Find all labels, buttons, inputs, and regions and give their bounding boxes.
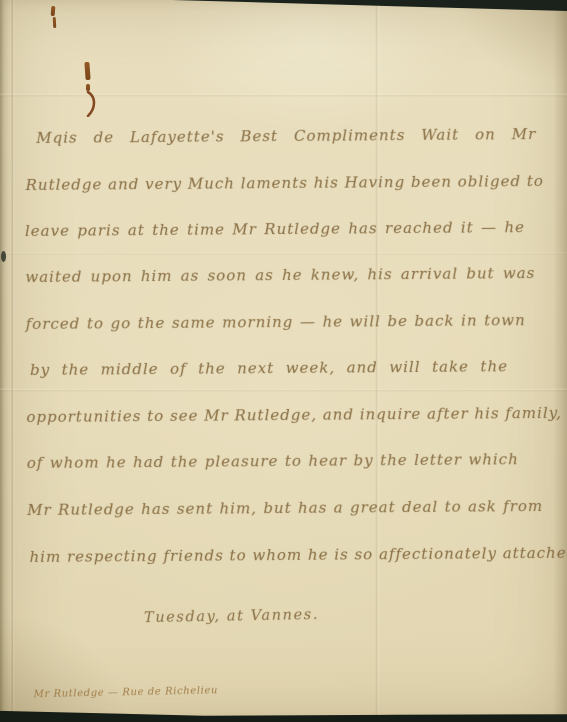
letter-line: by the middle of the next week, and will…	[30, 359, 508, 378]
address-annotation: Mr Rutledge — Rue de Richelieu	[34, 685, 219, 700]
letter-dateline: Tuesday, at Vannes.	[144, 607, 319, 626]
letter-line: Mqis de Lafayette's Best Compliments Wai…	[36, 127, 536, 146]
scan-bed: Mqis de Lafayette's Best Compliments Wai…	[0, 0, 567, 722]
letter-line: leave paris at the time Mr Rutledge has …	[25, 220, 525, 239]
letter-line: of whom he had the pleasure to hear by t…	[27, 452, 519, 471]
letter-paper: Mqis de Lafayette's Best Compliments Wai…	[0, 0, 567, 722]
letter-line: Mr Rutledge has sent him, but has a grea…	[27, 499, 543, 518]
letter-line: forced to go the same morning — he will …	[26, 313, 526, 332]
letter-line: waited upon him as soon as he knew, his …	[25, 266, 535, 285]
handwritten-text-block: Mqis de Lafayette's Best Compliments Wai…	[0, 0, 567, 722]
letter-line: Rutledge and very Much laments his Havin…	[26, 174, 538, 193]
letter-line: him respecting friends to whom he is so …	[29, 546, 535, 565]
letter-line: opportunities to see Mr Rutledge, and in…	[26, 406, 538, 425]
